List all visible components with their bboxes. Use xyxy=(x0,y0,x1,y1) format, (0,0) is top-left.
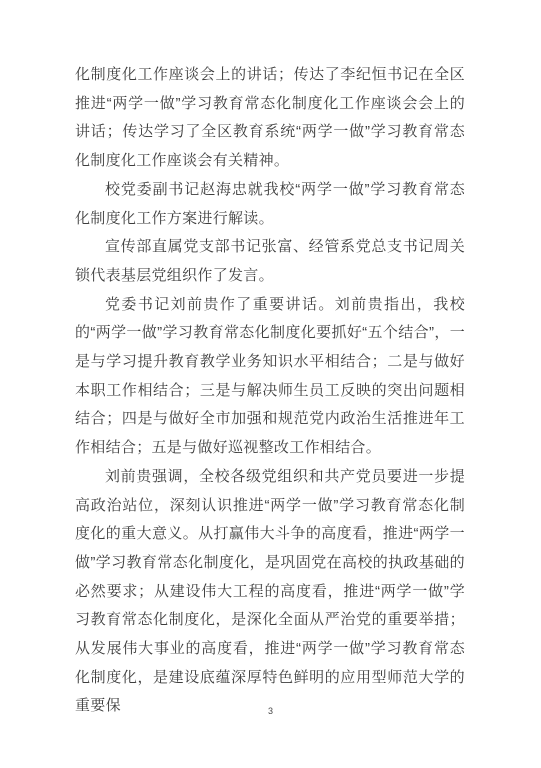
paragraph: 刘前贵强调，全校各级党组织和共产党员要进一步提高政治站位，深刻认识推进“两学一做… xyxy=(75,463,465,721)
paragraph: 化制度化工作座谈会上的讲话；传达了李纪恒书记在全区推进“两学一做”学习教育常态化… xyxy=(75,61,465,176)
paragraph: 党委书记刘前贵作了重要讲话。刘前贵指出，我校的“两学一做”学习教育常态化制度化要… xyxy=(75,291,465,463)
document-body: 化制度化工作座谈会上的讲话；传达了李纪恒书记在全区推进“两学一做”学习教育常态化… xyxy=(75,61,465,721)
document-page: 化制度化工作座谈会上的讲话；传达了李纪恒书记在全区推进“两学一做”学习教育常态化… xyxy=(0,0,541,768)
paragraph: 校党委副书记赵海忠就我校“两学一做”学习教育常态化制度化工作方案进行解读。 xyxy=(75,176,465,233)
page-number: 3 xyxy=(0,706,541,716)
paragraph: 宣传部直属党支部书记张富、经管系党总支书记周关锁代表基层党组织作了发言。 xyxy=(75,233,465,290)
